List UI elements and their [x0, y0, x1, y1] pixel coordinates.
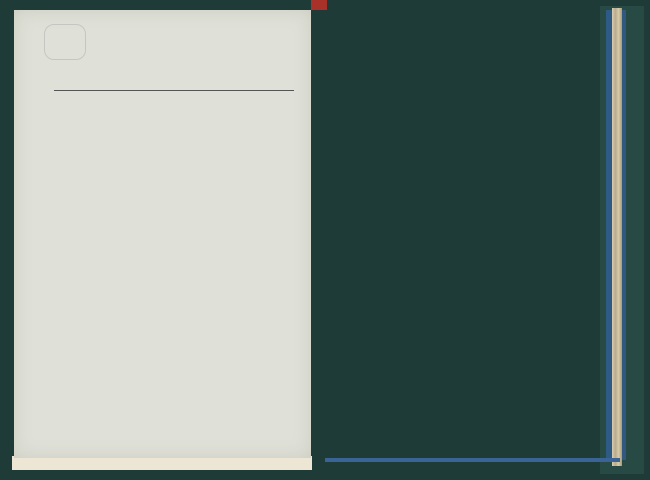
- header-rule: [54, 90, 294, 91]
- left-page: [14, 10, 311, 458]
- blue-page-edge: [606, 10, 612, 460]
- page-edges: [612, 8, 622, 466]
- bookmark-ribbon-top: [311, 0, 327, 10]
- bottom-page-flap: [12, 456, 312, 470]
- bottom-blue-edge: [325, 458, 620, 462]
- blue-page-edge-2: [622, 10, 626, 460]
- faint-stamp-impression: [44, 24, 86, 60]
